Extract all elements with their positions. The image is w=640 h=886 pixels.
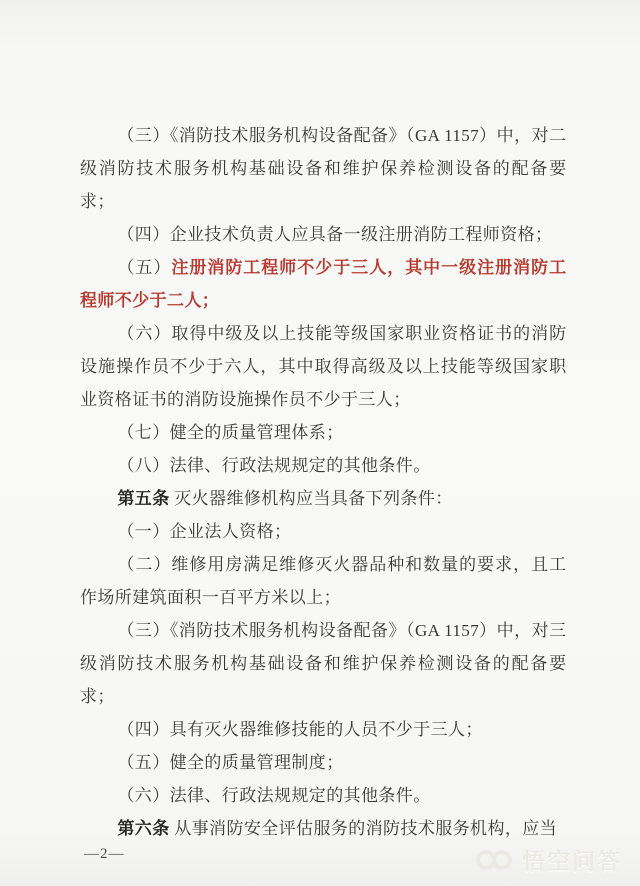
paragraph: （五）健全的质量管理制度； xyxy=(80,746,567,779)
clause-text: （七）健全的质量管理体系； xyxy=(117,423,343,442)
paragraph: （三）《消防技术服务机构设备配备》（GA 1157）中，对三级消防技术服务机构基… xyxy=(80,614,567,713)
article-number: 第五条 xyxy=(117,489,169,508)
clause-text: （四）具有灭火器维修技能的人员不少于三人； xyxy=(117,720,482,739)
clause-text: （五）健全的质量管理制度； xyxy=(117,753,343,772)
article-text: 灭火器维修机构应当具备下列条件： xyxy=(170,489,453,508)
page-number: —2— xyxy=(84,846,125,862)
page-footer: —2— xyxy=(84,846,125,863)
clause-text: （四）企业技术负责人应具备一级注册消防工程师资格； xyxy=(117,225,552,244)
paragraph: （六）法律、行政法规规定的其他条件。 xyxy=(80,779,567,812)
clause-text: （三）《消防技术服务机构设备配备》（GA 1157）中，对二级消防技术服务机构基… xyxy=(80,126,567,211)
clause-text: （六）取得中级及以上技能等级国家职业资格证书的消防设施操作员不少于六人，其中取得… xyxy=(80,324,567,409)
clause-text: （八）法律、行政法规规定的其他条件。 xyxy=(117,456,430,475)
paragraph: （八）法律、行政法规规定的其他条件。 xyxy=(80,449,567,482)
paragraph: （七）健全的质量管理体系； xyxy=(80,416,567,449)
clause-text: （三）《消防技术服务机构设备配备》（GA 1157）中，对三级消防技术服务机构基… xyxy=(80,621,567,706)
watermark: 悟空问答 xyxy=(475,843,622,876)
watermark-text: 悟空问答 xyxy=(522,843,622,876)
paragraph: （五）注册消防工程师不少于三人，其中一级注册消防工程师不少于二人； xyxy=(80,251,567,317)
paragraph: 第五条 灭火器维修机构应当具备下列条件： xyxy=(80,482,567,515)
clause-text: （二）维修用房满足维修灭火器品种和数量的要求，且工作场所建筑面积一百平方米以上； xyxy=(80,555,567,607)
paragraph: （四）具有灭火器维修技能的人员不少于三人； xyxy=(80,713,567,746)
paragraph: （六）取得中级及以上技能等级国家职业资格证书的消防设施操作员不少于六人，其中取得… xyxy=(80,317,567,416)
paragraph: （三）《消防技术服务机构设备配备》（GA 1157）中，对二级消防技术服务机构基… xyxy=(80,119,567,218)
clause-text: （一）企业法人资格； xyxy=(117,522,291,541)
paragraph: （二）维修用房满足维修灭火器品种和数量的要求，且工作场所建筑面积一百平方米以上； xyxy=(80,548,567,614)
clause-text: （六）法律、行政法规规定的其他条件。 xyxy=(117,786,430,805)
document-page: （三）《消防技术服务机构设备配备》（GA 1157）中，对二级消防技术服务机构基… xyxy=(0,0,640,886)
wukong-rings-icon xyxy=(475,849,515,871)
article-number: 第六条 xyxy=(117,819,169,838)
clause-number: （五） xyxy=(117,258,171,277)
paragraph: （四）企业技术负责人应具备一级注册消防工程师资格； xyxy=(80,218,567,251)
paragraph: 第六条 从事消防安全评估服务的消防技术服务机构，应当 xyxy=(80,812,567,845)
document-body: （三）《消防技术服务机构设备配备》（GA 1157）中，对二级消防技术服务机构基… xyxy=(80,119,567,845)
paragraph: （一）企业法人资格； xyxy=(80,515,567,548)
article-text: 从事消防安全评估服务的消防技术服务机构，应当 xyxy=(170,819,557,838)
